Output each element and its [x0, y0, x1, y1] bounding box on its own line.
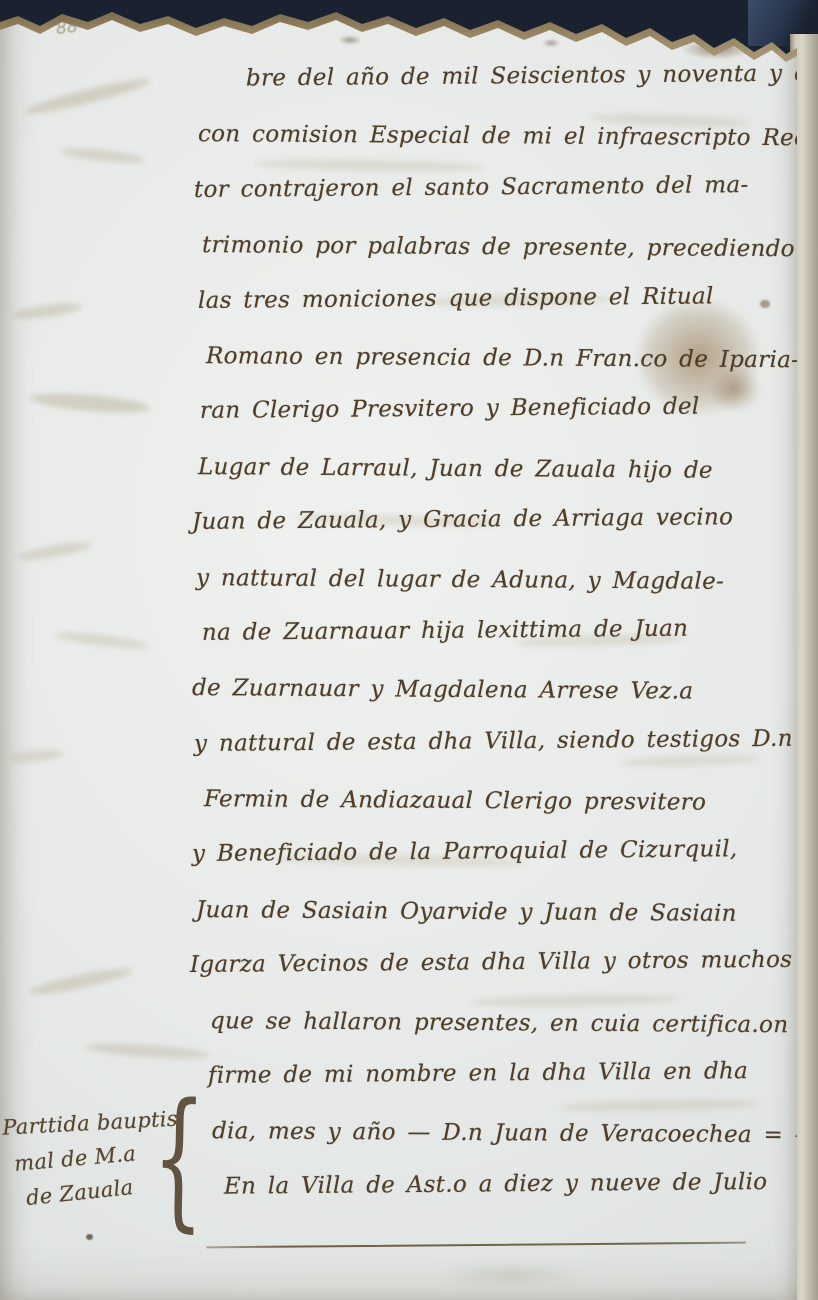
- book-photo: { "document": { "folio_number": "88", "i…: [0, 0, 818, 1300]
- manuscript-line: Juan de Zauala, y Gracia de Arriaga veci…: [188, 490, 794, 551]
- manuscript-line: y nattural de esta dha Villa, siendo tes…: [188, 711, 794, 772]
- manuscript-line: na de Zuarnauar hija lexittima de Juan: [188, 601, 794, 662]
- ghost-writing: [55, 629, 151, 651]
- ink-speckle: [86, 1234, 93, 1240]
- ghost-writing: [30, 390, 151, 416]
- ghost-writing: [12, 300, 83, 322]
- manuscript-line: En la Villa de Ast.o a diez y nueve de J…: [188, 1155, 794, 1216]
- ghost-writing: [60, 146, 146, 166]
- manuscript-line: firme de mi nombre en la dha Villa en dh…: [188, 1044, 794, 1105]
- manuscript-line: tor contrajeron el santo Sacramento del …: [188, 157, 794, 218]
- manuscript-line: Igarza Vecinos de esta dha Villa y otros…: [188, 933, 794, 994]
- manuscript-line: ran Clerigo Presvitero y Beneficiado del: [188, 379, 794, 440]
- ghost-writing: [28, 964, 133, 999]
- ghost-writing: [22, 74, 151, 118]
- manuscript-line: y Beneficiado de la Parroquial de Cizurq…: [188, 822, 794, 883]
- ghost-writing: [8, 748, 64, 765]
- ink-speckle: [335, 34, 365, 46]
- ink-rule: [206, 1242, 746, 1249]
- paper-smudge: [420, 1260, 600, 1290]
- ink-speckle: [540, 38, 562, 48]
- ghost-writing: [18, 539, 94, 564]
- manuscript-page: 88 bre del año de mil Seiscientos y nove…: [0, 0, 797, 1300]
- manuscript-line: las tres moniciones que dispone el Ritua…: [188, 268, 794, 329]
- manuscript-line: bre del año de mil Seiscientos y noventa…: [188, 47, 794, 108]
- manuscript-text: bre del año de mil Seiscientos y noventa…: [188, 52, 794, 1215]
- margin-brace: {: [151, 1082, 206, 1235]
